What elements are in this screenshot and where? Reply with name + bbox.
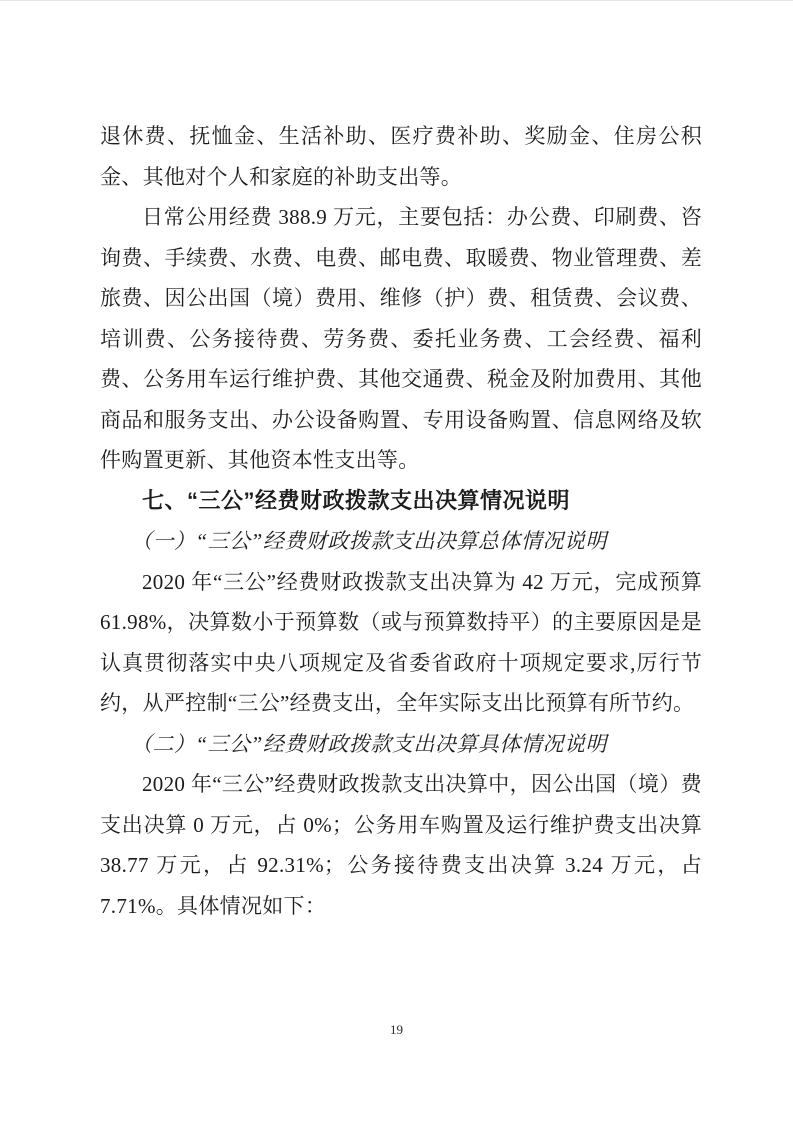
paragraph-overall-situation: 2020 年“三公”经费财政拨款支出决算为 42 万元，完成预算 61.98%，… [100,562,702,724]
paragraph-daily-public-expense: 日常公用经费 388.9 万元，主要包括：办公费、印刷费、咨询费、手续费、水费、… [100,197,702,481]
paragraph-specific-situation: 2020 年“三公”经费财政拨款支出决算中，因公出国（境）费支出决算 0 万元，… [100,764,702,926]
page-number: 19 [0,1022,793,1038]
subsection-heading-two: （二）“三公”经费财政拨款支出决算具体情况说明 [100,724,702,765]
section-heading-seven: 七、“三公”经费财政拨款支出决算情况说明 [100,481,702,522]
document-body: 退休费、抚恤金、生活补助、医疗费补助、奖励金、住房公积金、其他对个人和家庭的补助… [100,116,702,926]
paragraph-pension-subsidy-tail: 退休费、抚恤金、生活补助、医疗费补助、奖励金、住房公积金、其他对个人和家庭的补助… [100,116,702,197]
page-top-edge [0,0,793,1]
subsection-heading-one: （一）“三公”经费财政拨款支出决算总体情况说明 [100,521,702,562]
